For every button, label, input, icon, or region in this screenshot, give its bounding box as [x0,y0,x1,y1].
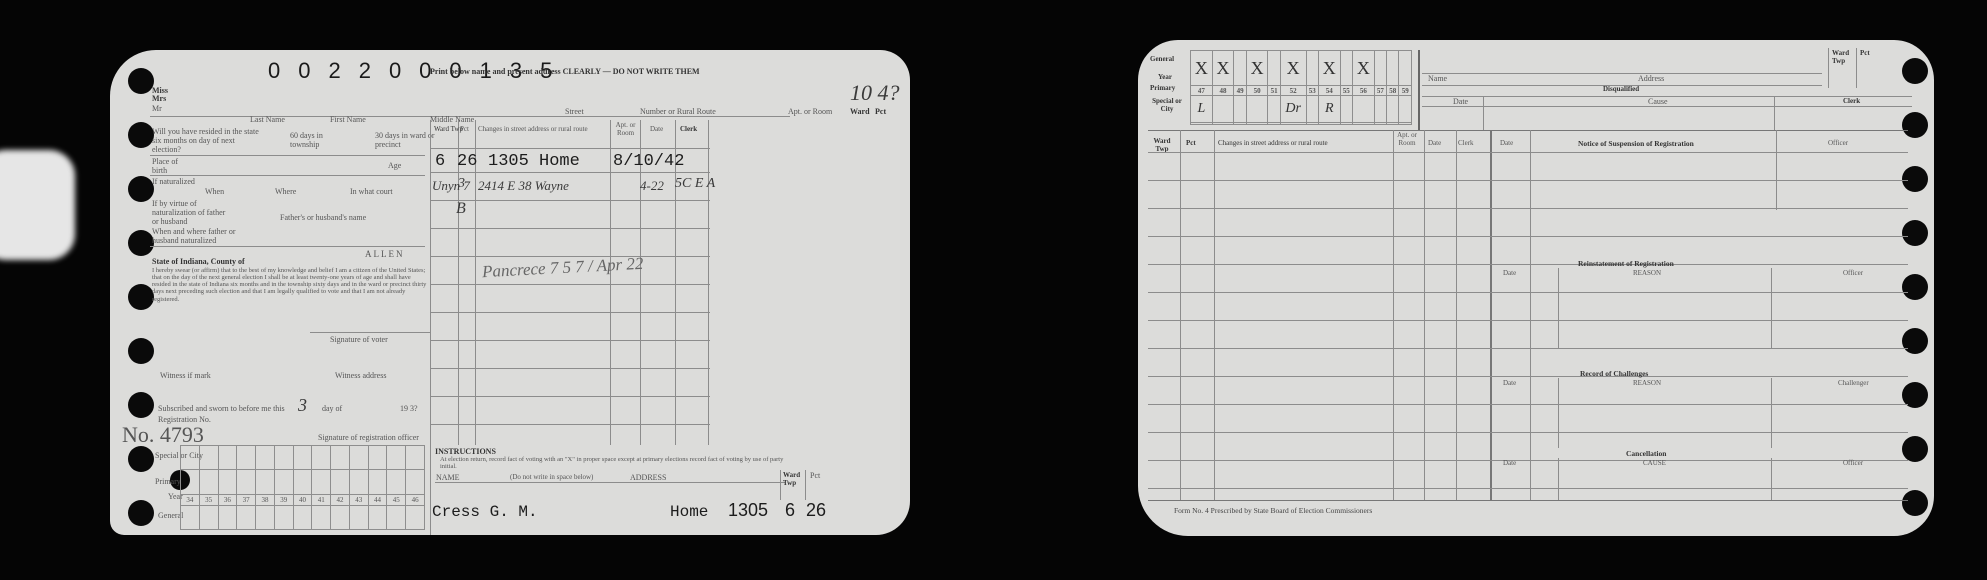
cancellation-date: Date [1503,460,1516,468]
vote-cell-primary [1212,96,1234,123]
changes-header-pct: Pct [1186,140,1196,148]
vote-cell-general [1306,51,1318,86]
challenges-reason: REASON [1633,380,1661,388]
typed-name: Cress G. M. [432,503,538,521]
age-label: Age [388,162,401,171]
vote-cell-primary [312,470,331,494]
vote-cell-primary: L [1191,96,1213,123]
punch-hole [128,122,154,148]
vote-cell-year: 37 [237,494,256,505]
vote-cell-primary [387,470,406,494]
vote-cell-primary [1268,96,1280,123]
vote-cell-primary [1399,96,1412,123]
vote-cell-general [1234,51,1246,86]
punch-hole [1902,328,1928,354]
address-label: Address [1638,75,1664,84]
year-label: Year [1158,74,1172,82]
apt-label: Apt. or Room [788,108,832,117]
number-label: Number or Rural Route [640,108,716,117]
row2-address: 2414 E 38 Wayne [478,178,569,194]
suspension-title: Notice of Suspension of Registration [1578,140,1694,148]
registration-card-back: General Year Primary Special or City XXX… [1138,40,1934,536]
vote-cell-year: 42 [331,494,350,505]
changes-header-clerk: Clerk [680,126,697,134]
vote-cell-year: 53 [1306,86,1318,96]
vote-cell-year: 54 [1318,86,1340,96]
changes-header-pct: Pct [460,126,469,134]
ward-pct-handwritten: 10 4? [850,80,900,106]
instructions-text: At election return, record fact of votin… [440,456,800,470]
vote-cell-special [1191,123,1213,125]
do-not-write-label: (Do not write in space below) [510,474,593,482]
punch-hole [1902,274,1928,300]
changes-header-date: Date [1428,140,1441,148]
changes-header-ward: Ward Twp [434,126,463,134]
typed-ward: 6 [785,500,795,521]
punch-hole [128,284,154,310]
vote-cell-year: 40 [293,494,312,505]
vote-cell-year: 52 [1280,86,1306,96]
vote-cell-special [1212,123,1234,125]
changes-header-apt: Apt. or Room [613,122,638,137]
vote-cell-general [1340,51,1352,86]
vote-cell-general [1387,51,1399,86]
subscribed-day: 3 [298,395,307,416]
vote-cell-year: 34 [181,494,200,505]
vote-cell-primary: R [1318,96,1340,123]
pct-label: Pct [875,108,886,117]
vote-cell-special [1318,123,1340,125]
disqualified-clerk: Clerk [1843,98,1860,106]
vote-cell-special [368,446,387,470]
days-township-label: 60 days in township [290,132,340,150]
vote-cell-general [199,505,218,529]
vote-cell-special [1352,123,1374,125]
punch-hole [128,392,154,418]
vote-cell-year: 51 [1268,86,1280,96]
vote-cell-year: 45 [387,494,406,505]
punch-hole [1902,490,1928,516]
vote-cell-general [1399,51,1412,86]
days-ward-label: 30 days in ward or precinct [375,132,445,150]
vote-cell-year: 58 [1387,86,1399,96]
vote-cell-general: X [1191,51,1213,86]
punch-hole [128,338,154,364]
voting-record-grid: XXXXXX47484950515253545556575859LDrR [1190,50,1412,125]
street-label: Street [565,108,584,117]
vote-cell-year: 43 [349,494,368,505]
vote-cell-primary [1352,96,1374,123]
voting-record-grid: 34353637383940414243444546 [180,445,425,530]
vote-cell-year: 49 [1234,86,1246,96]
vote-cell-primary: Dr [1280,96,1306,123]
name-prefix-mr: Mr [152,105,162,114]
county-written: ALLEN [365,250,405,260]
punch-hole [128,500,154,526]
what-court-label: In what court [350,188,393,197]
year-label: 19 3? [400,405,418,414]
row3-pct: B [456,200,466,218]
suspension-officer: Officer [1828,140,1848,148]
vote-cell-primary [368,470,387,494]
vote-cell-general: X [1280,51,1306,86]
vote-cell-general [218,505,237,529]
vote-cell-general [387,505,406,529]
vote-cell-year: 46 [406,494,425,505]
naturalized-label: If naturalized [152,178,195,187]
special-city-label: Special or City [1152,98,1182,113]
vote-cell-general: X [1246,51,1268,86]
vote-cell-special [237,446,256,470]
oath-title: State of Indiana, County of [152,258,245,267]
form-footer: Form No. 4 Prescribed by State Board of … [1174,507,1372,515]
general-label: General [1150,56,1174,64]
changes-header-apt: Apt. or Room [1396,132,1418,147]
reinstatement-officer: Officer [1843,270,1863,278]
vote-cell-year: 35 [199,494,218,505]
vote-cell-special [1387,123,1399,125]
vote-cell-year: 38 [256,494,275,505]
vote-cell-general: X [1352,51,1374,86]
name-prefix-mrs: Mrs [152,95,166,104]
vote-cell-general [1268,51,1280,86]
changes-header-address: Changes in street address or rural route [478,126,588,134]
reinstatement-reason: REASON [1633,270,1661,278]
signature-officer-label: Signature of registration officer [318,434,419,443]
vote-cell-special [218,446,237,470]
punch-hole [128,68,154,94]
vote-cell-special [349,446,368,470]
where-label: Where [275,188,296,197]
row1-ward: 6 [435,152,445,171]
pct-label: Pct [1860,50,1870,58]
typed-number: 1305 [728,500,768,521]
vote-cell-primary [1340,96,1352,123]
vote-cell-general [349,505,368,529]
last-name-label: Last Name [250,116,285,125]
row4-address-faded: Pancrece 7 5 7 / Apr 22 [482,254,644,282]
row2-date: 4-22 [640,178,664,194]
vote-cell-year: 47 [1191,86,1213,96]
father-name-label: Father's or husband's name [280,214,366,223]
vote-cell-primary [1387,96,1399,123]
day-of-label: day of [322,405,342,414]
vote-cell-special [1280,123,1306,125]
residence-question: Will you have resided in the state six m… [152,128,262,154]
vote-cell-year: 59 [1399,86,1412,96]
when-where-father-label: When and where father or husband natural… [152,228,242,246]
punch-hole [128,230,154,256]
ward-twp-label: Ward Twp [1832,50,1854,65]
challenges-date: Date [1503,380,1516,388]
changes-header-date: Date [650,126,663,134]
vote-cell-special [1246,123,1268,125]
vote-cell-special [1399,123,1412,125]
changes-header-address: Changes in street address or rural route [1218,140,1328,148]
punch-hole [1902,220,1928,246]
punch-hole [1902,436,1928,462]
vote-cell-special [387,446,406,470]
witness-label: Witness if mark [160,372,211,381]
punch-hole [128,176,154,202]
vote-cell-general [274,505,293,529]
vote-cell-special [1306,123,1318,125]
challenges-challenger: Challenger [1838,380,1869,388]
punch-hole [128,446,154,472]
middle-name-label: Middle Name [430,116,474,125]
vote-cell-primary [237,470,256,494]
vote-cell-year: 48 [1212,86,1234,96]
reinstatement-date: Date [1503,270,1516,278]
vote-cell-year: 55 [1340,86,1352,96]
vote-cell-special [1234,123,1246,125]
vote-cell-general [406,505,425,529]
vote-cell-special [331,446,350,470]
vote-cell-year: 39 [274,494,293,505]
typed-street: Home [670,503,708,521]
vote-cell-primary [181,470,200,494]
suspension-date: Date [1500,140,1513,148]
disqualified-title: Disqualified [1603,86,1639,94]
vote-cell-primary [406,470,425,494]
bottom-ward-label: Ward Twp [783,472,803,487]
vote-cell-special [406,446,425,470]
vote-cell-special [274,446,293,470]
vote-cell-primary [1234,96,1246,123]
challenges-title: Record of Challenges [1580,370,1648,378]
vote-cell-special [256,446,275,470]
vote-cell-primary [256,470,275,494]
vote-cell-primary [331,470,350,494]
signature-voter-label: Signature of voter [330,336,388,345]
vote-cell-special [181,446,200,470]
row1-pct: 26 [457,152,477,171]
vote-cell-primary [1246,96,1268,123]
header-instruction: Print below name and present address CLE… [430,68,700,77]
first-name-label: First Name [330,116,366,125]
oath-text: I hereby swear (or affirm) that to the b… [152,267,427,303]
scanner-glare [0,150,75,260]
name-label: Name [1428,75,1447,84]
vote-cell-year: 36 [218,494,237,505]
father-husband-label: If by virtue of naturalization of father… [152,200,232,226]
vote-cell-primary [1374,96,1386,123]
vote-cell-general [256,505,275,529]
vote-cell-primary [199,470,218,494]
when-label: When [205,188,224,197]
place-of-birth-label: Place of birth [152,158,192,176]
punch-hole [1902,58,1928,84]
vote-cell-primary [349,470,368,494]
vote-cell-general [1374,51,1386,86]
cancellation-officer: Officer [1843,460,1863,468]
cancellation-title: Cancellation [1626,450,1666,458]
bottom-pct-label: Pct [810,472,820,481]
vote-cell-general [312,505,331,529]
row1-date: 8/10/42 [613,152,684,171]
punch-hole [1902,166,1928,192]
witness-address-label: Witness address [335,372,386,381]
vote-cell-general: X [1318,51,1340,86]
vote-cell-year: 41 [312,494,331,505]
vote-cell-special [199,446,218,470]
vote-cell-primary [274,470,293,494]
subscribed-label: Subscribed and sworn to before me this [158,405,285,414]
vote-cell-special [293,446,312,470]
punch-hole [1902,112,1928,138]
cancellation-cause: CAUSE [1643,460,1666,468]
vote-cell-general [237,505,256,529]
row1-address: 1305 Home [488,152,580,171]
vote-cell-special [1268,123,1280,125]
vote-cell-general [181,505,200,529]
vote-cell-primary [218,470,237,494]
vote-cell-general [293,505,312,529]
vote-cell-year: 56 [1352,86,1374,96]
vote-cell-primary [293,470,312,494]
vote-cell-general: X [1212,51,1234,86]
row2-clerk: 5C E A [675,176,715,192]
vote-cell-primary [1306,96,1318,123]
typed-pct: 26 [806,500,826,521]
reinstatement-title: Reinstatement of Registration [1578,260,1674,268]
vote-cell-special [1340,123,1352,125]
vote-cell-general [331,505,350,529]
primary-label: Primary [1150,85,1175,93]
vote-cell-special [1374,123,1386,125]
ward-label: Ward [850,108,870,117]
row2-pct: 3 [458,176,465,192]
vote-cell-year: 50 [1246,86,1268,96]
vote-cell-year: 44 [368,494,387,505]
changes-header-clerk: Clerk [1458,140,1474,148]
vote-cell-special [312,446,331,470]
registration-card-front: 0022000135 Print below name and present … [110,50,910,535]
primary-label: Primary [155,478,181,487]
vote-cell-year: 57 [1374,86,1386,96]
vote-cell-general [368,505,387,529]
